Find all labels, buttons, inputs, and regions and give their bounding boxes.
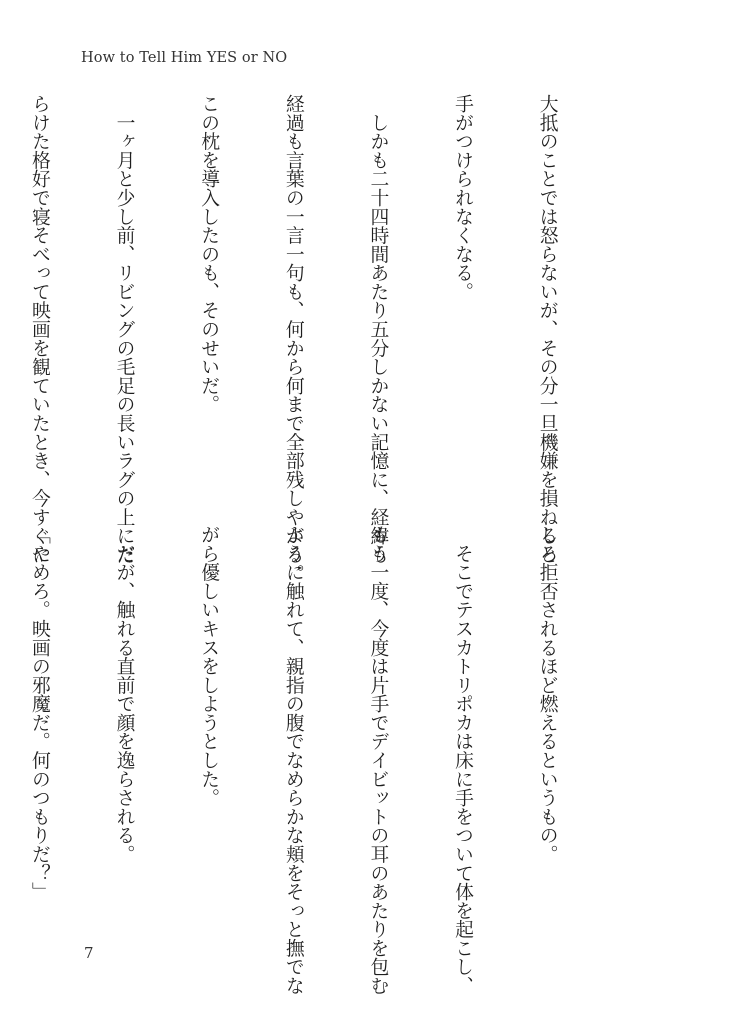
- text-line: 大抵のことでは怒らないが、その分一旦機嫌を損ねると: [532, 94, 560, 494]
- text-line: らけた格好で寝そべって映画を観ていたとき、今すぐに: [25, 94, 53, 494]
- text-line: しろ拒否されるほど燃えるというもの。: [532, 525, 560, 925]
- text-line: 一ヶ月と少し前、リビングの毛足の長いラグの上にだ: [109, 94, 137, 494]
- text-line: もう一度、今度は片手でデイビットの耳のあたりを包む: [363, 525, 391, 925]
- running-title: How to Tell Him YES or NO: [81, 50, 287, 66]
- text-line: そこでテスカトリポカは床に手をついて体を起こし、: [448, 525, 476, 925]
- text-line: 手がつけられなくなる。: [448, 94, 476, 494]
- text-line: この枕を導入したのも、そのせいだ。: [194, 94, 222, 494]
- text-line: がら優しいキスをしようとした。: [194, 525, 222, 925]
- text-block-top: 大抵のことでは怒らないが、その分一旦機嫌を損ねると 手がつけられなくなる。 しか…: [0, 94, 617, 494]
- text-line: だが、触れる直前で顔を逸らされる。: [109, 525, 137, 925]
- page-number: 7: [84, 944, 94, 962]
- text-line: 「やめろ。映画の邪魔だ。何のつもりだ？」: [25, 525, 53, 925]
- text-line: 経過も言葉の一言一句も、何から何まで全部残しやがる。: [279, 94, 307, 494]
- text-line: ように触れて、親指の腹でなめらかな頬をそっと撫でな: [279, 525, 307, 925]
- text-line: しかも二十四時間あたり五分しかない記憶に、経緯も: [363, 94, 391, 494]
- text-block-bottom: しろ拒否されるほど燃えるというもの。 そこでテスカトリポカは床に手をついて体を起…: [0, 525, 617, 925]
